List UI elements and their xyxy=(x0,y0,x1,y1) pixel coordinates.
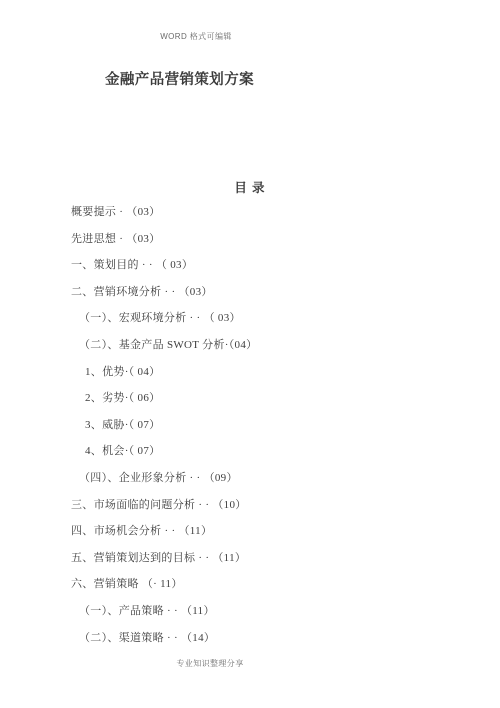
document-page: WORD 格式可编辑 金融产品营销策划方案 目 录 概要提示 · （03） 先进… xyxy=(0,0,500,708)
toc-entry: 1、优势·（ 04） xyxy=(0,359,500,386)
toc-entry: 一、策划目的 · · （ 03） xyxy=(0,252,500,279)
toc-entry: 五、营销策划达到的目标 · · （11） xyxy=(0,545,500,572)
toc-entry: （四）、企业形象分析 · · （09） xyxy=(0,465,500,492)
toc-entry: （二）、渠道策略 · · （14） xyxy=(0,625,500,652)
toc-entry: 四、市场机会分析 · · （11） xyxy=(0,518,500,545)
toc-entry: 3、威胁·（ 07） xyxy=(0,412,500,439)
toc-entry: 二、营销环境分析 · · （03） xyxy=(0,279,500,306)
toc-entry: 三、市场面临的问题分析 · · （10） xyxy=(0,492,500,519)
page-footer: 专业知识整理分享 xyxy=(176,658,243,669)
toc-entry: 先进思想 · （03） xyxy=(0,226,500,253)
toc-entry: 4、机会·（ 07） xyxy=(0,438,500,465)
toc-heading: 目 录 xyxy=(0,178,500,196)
toc-entry: （二）、基金产品 SWOT 分析·（04） xyxy=(0,332,500,359)
document-title: 金融产品营销策划方案 xyxy=(105,68,254,89)
toc-entry: 概要提示 · （03） xyxy=(0,199,500,226)
toc-entry: 六、营销策略 （· 11） xyxy=(0,571,500,598)
toc-entry: 2、劣势·（ 06） xyxy=(0,385,500,412)
page-header: WORD 格式可编辑 xyxy=(160,31,232,42)
toc-entry: （一）、产品策略 · · （11） xyxy=(0,598,500,625)
toc-list: 概要提示 · （03） 先进思想 · （03） 一、策划目的 · · （ 03）… xyxy=(0,199,500,651)
toc-entry: （一）、宏观环境分析 · · （ 03） xyxy=(0,305,500,332)
